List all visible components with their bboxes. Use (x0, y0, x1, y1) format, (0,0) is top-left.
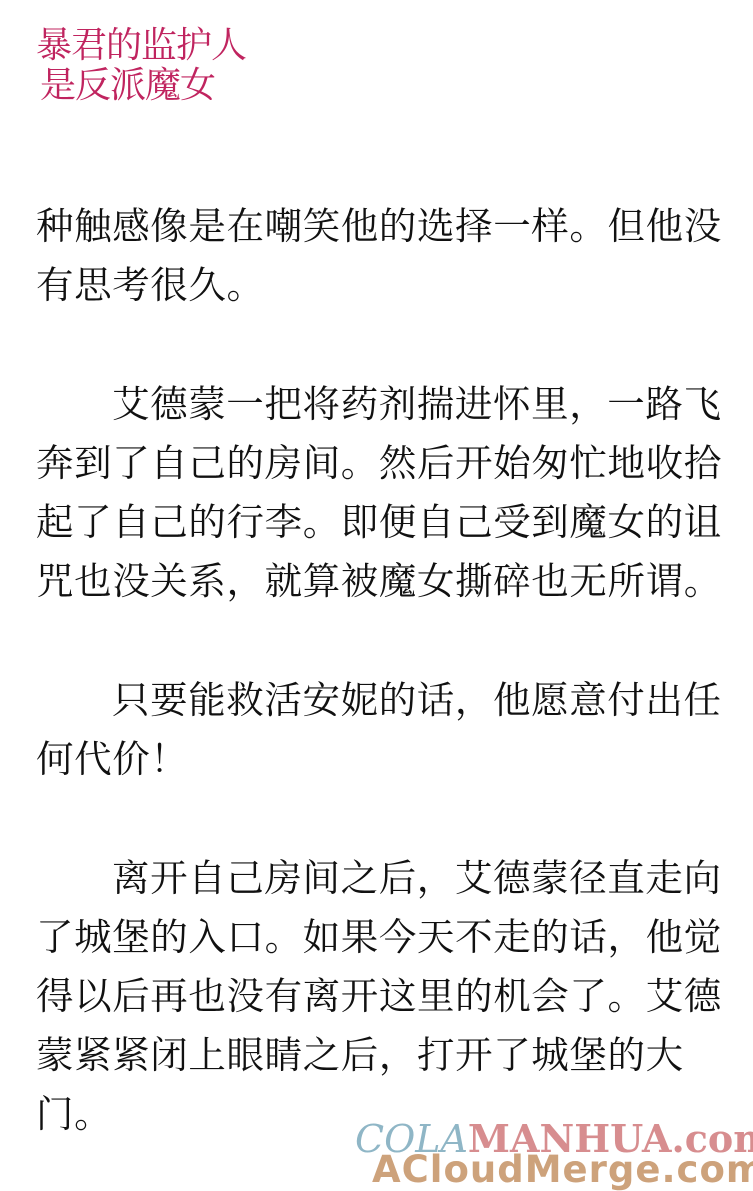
comic-title-logo: 暴君的监护人 是反派魔女 (36, 26, 276, 106)
paragraph-3: 只要能救活安妮的话，他愿意付出任何代价！ (36, 671, 726, 789)
story-text: 种触感像是在嘲笑他的选择一样。但他没有思考很久。 艾德蒙一把将药剂揣进怀里，一路… (36, 197, 726, 1144)
logo-line-1: 暴君的监护人 (36, 26, 276, 66)
paragraph-1: 种触感像是在嘲笑他的选择一样。但他没有思考很久。 (36, 197, 726, 315)
paragraph-4: 离开自己房间之后，艾德蒙径直走向了城堡的入口。如果今天不走的话，他觉得以后再也没… (36, 849, 726, 1144)
logo-line-2: 是反派魔女 (36, 66, 276, 106)
paragraph-2: 艾德蒙一把将药剂揣进怀里，一路飞奔到了自己的房间。然后开始匆忙地收拾起了自己的行… (36, 375, 726, 611)
watermark-acloudmerge: ACloudMerge.com (372, 1148, 753, 1191)
